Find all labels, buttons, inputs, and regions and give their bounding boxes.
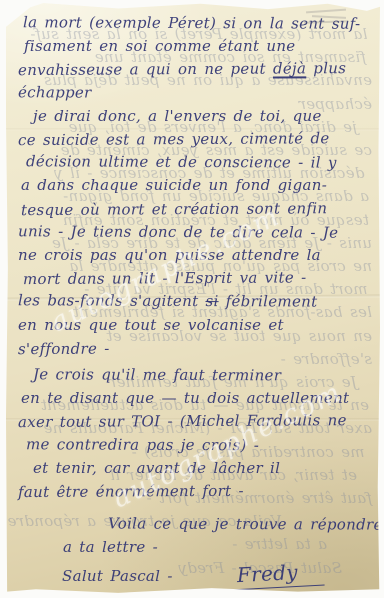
letter-line: ne crois pas qu'on puisse attendre la [18,244,374,267]
letter-line: ce suicide est a mes yeux, cimenté de [18,127,374,152]
letter-line: décision ultime et de conscience - il y [25,150,374,175]
pencil-stroke [306,9,346,13]
letter-line: en nous que tout se volcanise et [18,314,374,337]
letter-line: envahisseuse a qui on ne peut déjà plus [18,57,374,82]
letter-line: faut être énormément fort - [18,479,374,504]
letter-closing: Salut Pascal - Fredy [62,562,374,588]
letter-line: les bas-fonds s'agitent si fébrilement [18,290,374,315]
letter-line: a dans chaque suicide un fond gigan- [21,174,374,197]
letter-line: s'effondre - [18,336,374,361]
pencil-stroke [312,15,346,18]
letter-paper: la mort (exemple Péret) si on la sent su… [6,2,380,594]
letter-line: et tenir, car avant de lâcher il [33,457,374,480]
closing-salutation: Salut Pascal - [62,565,173,588]
letter-line: fisament en soi comme étant une [24,35,374,58]
pencil-annotation [302,5,354,25]
letter-body: la mort (exemple Péret) si on la sent su… [18,12,374,586]
letter-line: Voila ce que je trouve a répondre [108,513,374,537]
letter-line: Je crois qu'il me faut terminer [33,363,374,388]
letter-line: mort dans un lit - l'Esprit va vite - [22,266,374,291]
signature: Fredy [230,559,324,590]
pencil-stroke [304,20,348,23]
letter-line: tesque où mort et création sont enfin [21,197,374,222]
letter-line: en te disant que — tu dois actuellement [21,387,374,410]
letter-line: me contredira pas je crois) - [25,433,374,458]
letter-lines: la mort (exemple Péret) si on la sent su… [18,12,374,560]
photo-background: la mort (exemple Péret) si on la sent su… [0,0,384,598]
letter-line: je dirai donc, a l'envers de toi, que [33,105,374,128]
letter-line: axer tout sur TOI - (Michel Fardoulis ne [18,409,374,434]
letter-line: échapper [18,81,374,106]
letter-line: a ta lettre - [63,536,374,559]
letter-line: unis - Je tiens donc de te dire cela - J… [18,220,374,245]
